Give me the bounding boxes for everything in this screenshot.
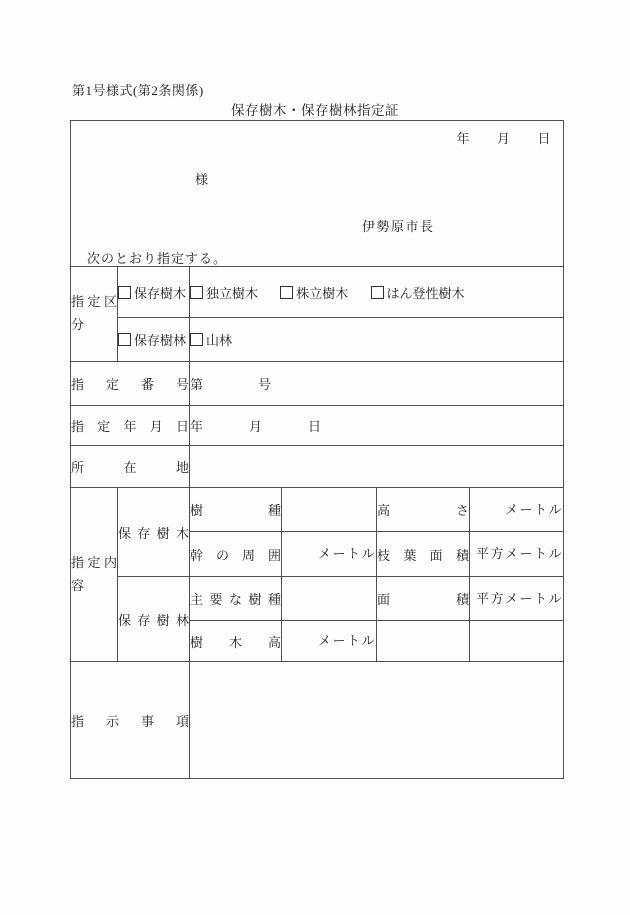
tree-height-label: 高さ — [377, 488, 470, 532]
instructions-value-cell — [190, 662, 564, 779]
issuer-name: 伊勢原市長 — [362, 216, 435, 235]
category-tree-type-cell: 保存樹木 — [118, 267, 190, 318]
instructions-label: 指示事項 — [71, 662, 190, 779]
category-forest-row: 保存樹林 山林 — [71, 318, 564, 362]
details-tree-label: 保存樹木 — [118, 488, 190, 577]
main-species-value-cell — [282, 577, 377, 621]
location-row: 所在地 — [71, 446, 564, 488]
forest-blank-cell — [377, 621, 470, 662]
number-prefix: 第 — [190, 377, 203, 392]
forest-area-value-cell: 平方メートル — [470, 577, 564, 621]
designation-date-value-cell: 年月日 — [190, 406, 564, 446]
option-multi-stem-tree: 株立樹木 — [280, 286, 348, 301]
details-forest-label: 保存樹林 — [118, 577, 190, 662]
month-label: 月 — [497, 131, 511, 146]
designation-number-row: 指定番号 第号 — [71, 362, 564, 406]
details-forest-row-1: 保存樹林 主要な樹種 面積 平方メートル — [71, 577, 564, 621]
option-mountain-forest: 山林 — [190, 333, 232, 348]
category-tree-row: 指定区分 保存樹木 独立樹木 株立樹木 はん登性樹木 — [71, 267, 564, 318]
issue-date-line: 年月日 — [457, 128, 552, 147]
location-label: 所在地 — [71, 446, 190, 488]
details-tree-row-1: 指定内容 保存樹木 樹種 高さ メートル — [71, 488, 564, 532]
designation-number-value-cell: 第号 — [190, 362, 564, 406]
tree-top-height-label: 樹木高 — [190, 621, 282, 662]
category-tree-options-cell: 独立樹木 株立樹木 はん登性樹木 — [190, 267, 564, 318]
option-independent-tree: 独立樹木 — [190, 286, 258, 301]
designation-statement: 次のとおり指定する。 — [87, 248, 227, 267]
number-suffix: 号 — [258, 377, 271, 392]
letter-header-cell: 年月日 様 伊勢原市長 次のとおり指定する。 — [71, 121, 564, 267]
checkbox-icon[interactable] — [190, 333, 203, 346]
forest-blank-cell — [470, 621, 564, 662]
designation-number-label: 指定番号 — [71, 362, 190, 406]
page-title: 保存樹木・保存樹林指定証 — [0, 99, 630, 119]
tree-species-label: 樹種 — [190, 488, 282, 532]
checkbox-icon[interactable] — [190, 286, 203, 299]
foliage-area-value-cell: 平方メートル — [470, 532, 564, 577]
letter-header-row: 年月日 様 伊勢原市長 次のとおり指定する。 — [71, 121, 564, 267]
category-forest-type-cell: 保存樹林 — [118, 318, 190, 362]
category-label: 指定区分 — [71, 267, 118, 362]
category-forest-options-cell: 山林 — [190, 318, 564, 362]
checkbox-icon[interactable] — [118, 286, 131, 299]
option-climbing-tree: はん登性樹木 — [371, 286, 465, 301]
year-label: 年 — [190, 419, 203, 434]
day-label: 日 — [308, 419, 321, 434]
tree-height-value-cell: メートル — [470, 488, 564, 532]
document-page: 第1号様式(第2条関係) 保存樹木・保存樹林指定証 年月日 様 伊勢原市長 次の… — [0, 0, 630, 915]
designation-date-row: 指定年月日 年月日 — [71, 406, 564, 446]
day-label: 日 — [538, 131, 552, 146]
month-label: 月 — [249, 419, 262, 434]
designation-form-table: 年月日 様 伊勢原市長 次のとおり指定する。 指定区分 保存樹木 独立樹木 株立… — [70, 120, 564, 779]
checkbox-icon[interactable] — [118, 333, 131, 346]
checkbox-icon[interactable] — [371, 286, 384, 299]
category-tree-type-label: 保存樹木 — [134, 286, 186, 301]
location-value-cell — [190, 446, 564, 488]
trunk-girth-label: 幹の周囲 — [190, 532, 282, 577]
addressee-suffix: 様 — [195, 169, 208, 188]
main-species-label: 主要な樹種 — [190, 577, 282, 621]
form-number: 第1号様式(第2条関係) — [72, 80, 204, 99]
trunk-girth-value-cell: メートル — [282, 532, 377, 577]
tree-species-value-cell — [282, 488, 377, 532]
details-label: 指定内容 — [71, 488, 118, 662]
foliage-area-label: 枝葉面積 — [377, 532, 470, 577]
tree-top-height-value-cell: メートル — [282, 621, 377, 662]
designation-date-label: 指定年月日 — [71, 406, 190, 446]
checkbox-icon[interactable] — [280, 286, 293, 299]
instructions-row: 指示事項 — [71, 662, 564, 779]
category-forest-type-label: 保存樹林 — [134, 333, 186, 348]
forest-area-label: 面積 — [377, 577, 470, 621]
year-label: 年 — [457, 131, 471, 146]
